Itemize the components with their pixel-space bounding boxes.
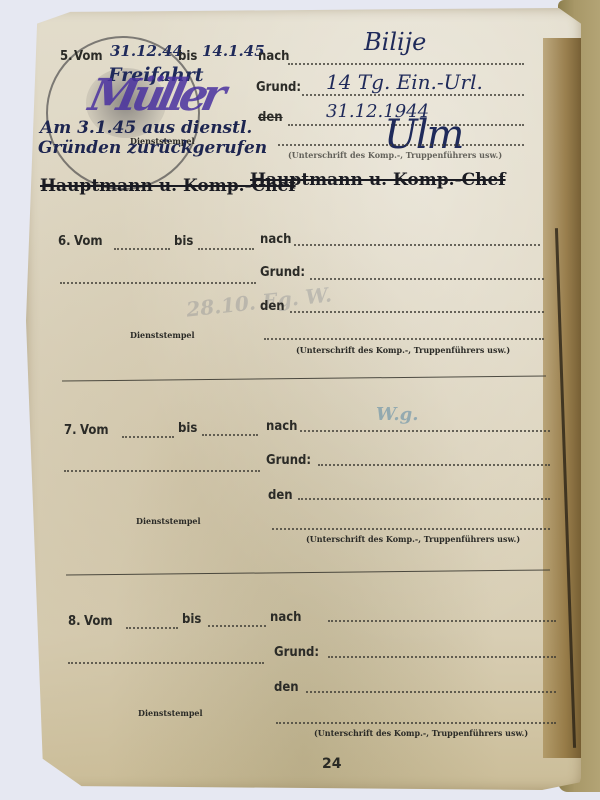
entry-7-vom-line xyxy=(122,436,174,438)
bleed-through-ink: 28.10. Eg. W. xyxy=(185,282,333,321)
entry-7-nach-label: nach xyxy=(266,419,297,434)
document-page: 5. Vom 31.12.44 bis 14.1.45 nach Bilije … xyxy=(26,8,581,790)
entry-5-note-line-2: Gründen zurückgerufen xyxy=(38,138,267,158)
entry-7-den-label: den xyxy=(268,488,293,503)
entry-7-number: 7. xyxy=(64,423,77,438)
entry-5-number: 5. xyxy=(60,49,73,64)
entry-8-grund-line xyxy=(328,656,556,658)
entry-7-nach-line xyxy=(300,430,550,432)
entry-8-grund-label: Grund: xyxy=(274,645,319,660)
bleed-through-blue-ink: W.g. xyxy=(376,404,419,425)
entry-6-den-label: den xyxy=(260,299,285,314)
entry-7-den-line xyxy=(298,498,550,500)
entry-8-nach-line xyxy=(328,620,556,622)
entry-5-vom-value: 31.12.44 xyxy=(110,42,183,60)
entry-7-grund-label: Grund: xyxy=(266,453,311,468)
entry-8-bis-label: bis xyxy=(182,612,201,627)
entry-6-signature-line xyxy=(264,338,544,340)
entry-6-divider xyxy=(62,375,546,381)
entry-6-nach-label: nach xyxy=(260,232,291,247)
entry-5-purple-signature: Müller xyxy=(85,70,225,121)
entry-8-vom-line xyxy=(126,627,178,629)
entry-6-vom-label: Vom xyxy=(74,234,103,249)
page-number: 24 xyxy=(322,756,341,772)
entry-5-den-label: den xyxy=(258,110,283,125)
entry-6-bis-label: bis xyxy=(174,234,193,249)
entry-6-signature-caption: (Unterschrift des Komp.-, Truppenführers… xyxy=(296,345,510,355)
entry-6-vom-line xyxy=(114,248,170,250)
entry-6-grund-line xyxy=(310,278,544,280)
entry-6-nach-line xyxy=(294,244,540,246)
entry-5-bis-label: bis xyxy=(178,49,197,64)
entry-7-bis-line xyxy=(202,434,258,436)
entry-5-vom-label: Vom xyxy=(74,49,103,64)
entry-8-signature-line xyxy=(276,722,556,724)
photo-stage: 5. Vom 31.12.44 bis 14.1.45 nach Bilije … xyxy=(0,0,600,800)
entry-5-note-line-1: Am 3.1.45 aus dienstl. xyxy=(40,118,252,138)
entry-5-nach-label: nach xyxy=(258,49,289,64)
entry-5-signature-caption: (Unterschrift des Komp.-, Truppenführers… xyxy=(288,150,502,160)
entry-8-number: 8. xyxy=(68,614,81,629)
entry-8-den-line xyxy=(306,691,556,693)
entry-5-rank-stamp-right: Hauptmann u. Komp.-Chef xyxy=(250,170,506,190)
entry-6-stamp-label: Dienststempel xyxy=(130,330,195,340)
entry-6-reason-left-line xyxy=(60,282,256,284)
entry-7-vom-label: Vom xyxy=(80,423,109,438)
entry-8-bis-line xyxy=(208,625,266,627)
entry-5-nach-line xyxy=(288,63,524,65)
entry-7-divider xyxy=(66,569,550,575)
entry-5-signature-line xyxy=(278,144,524,146)
entry-7-signature-caption: (Unterschrift des Komp.-, Truppenführers… xyxy=(306,534,520,544)
entry-5-grund-line xyxy=(302,94,524,96)
entry-5-grund-label: Grund: xyxy=(256,80,301,95)
entry-6-den-line xyxy=(290,311,544,313)
entry-6-grund-label: Grund: xyxy=(260,265,305,280)
entry-7-grund-line xyxy=(318,464,550,466)
entry-7-stamp-label: Dienststempel xyxy=(136,516,201,526)
entry-5-grund-value: 14 Tg. Ein.-Url. xyxy=(326,70,483,94)
entry-8-vom-label: Vom xyxy=(84,614,113,629)
entry-5-bis-value: 14.1.45 xyxy=(202,42,265,60)
entry-8-reason-left-line xyxy=(68,662,264,664)
entry-5-nach-value: Bilije xyxy=(364,28,426,56)
entry-8-nach-label: nach xyxy=(270,610,301,625)
entry-8-den-label: den xyxy=(274,680,299,695)
entry-7-signature-line xyxy=(272,528,550,530)
entry-6-number: 6. xyxy=(58,234,71,249)
entry-8-signature-caption: (Unterschrift des Komp.-, Truppenführers… xyxy=(314,728,528,738)
entry-6-bis-line xyxy=(198,248,254,250)
entry-8-stamp-label: Dienststempel xyxy=(138,708,203,718)
entry-7-bis-label: bis xyxy=(178,421,197,436)
entry-7-reason-left-line xyxy=(64,470,260,472)
